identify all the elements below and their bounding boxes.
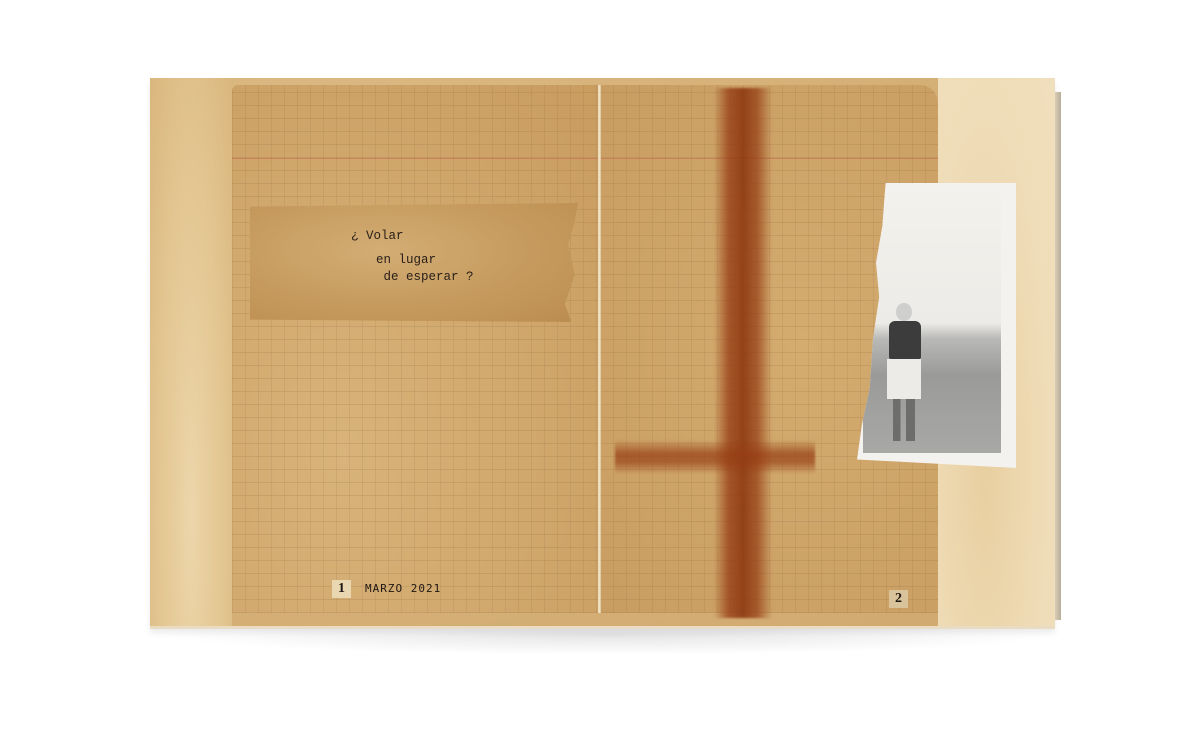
page-number-right: 2 (889, 590, 908, 608)
woman-figure-top (889, 321, 921, 359)
page-fold (598, 85, 601, 613)
woman-figure-head (896, 303, 912, 321)
woman-figure-legs (893, 399, 915, 441)
label-line-3: de esperar ? (376, 270, 474, 284)
label-line-1: ¿ Volar (351, 229, 404, 243)
cover-left-flap (150, 78, 232, 626)
label-line-2: en lugar (376, 253, 436, 267)
photo-image (863, 193, 1001, 453)
left-page (232, 85, 600, 613)
page-number-left: 1 (332, 580, 351, 598)
book-page-edges (1055, 92, 1061, 620)
cross-stain-horizontal (615, 440, 815, 474)
cross-stain-vertical (714, 88, 772, 618)
date-note: MARZO 2021 (365, 582, 441, 595)
woman-figure-skirt (887, 359, 921, 399)
margin-line (232, 158, 600, 159)
